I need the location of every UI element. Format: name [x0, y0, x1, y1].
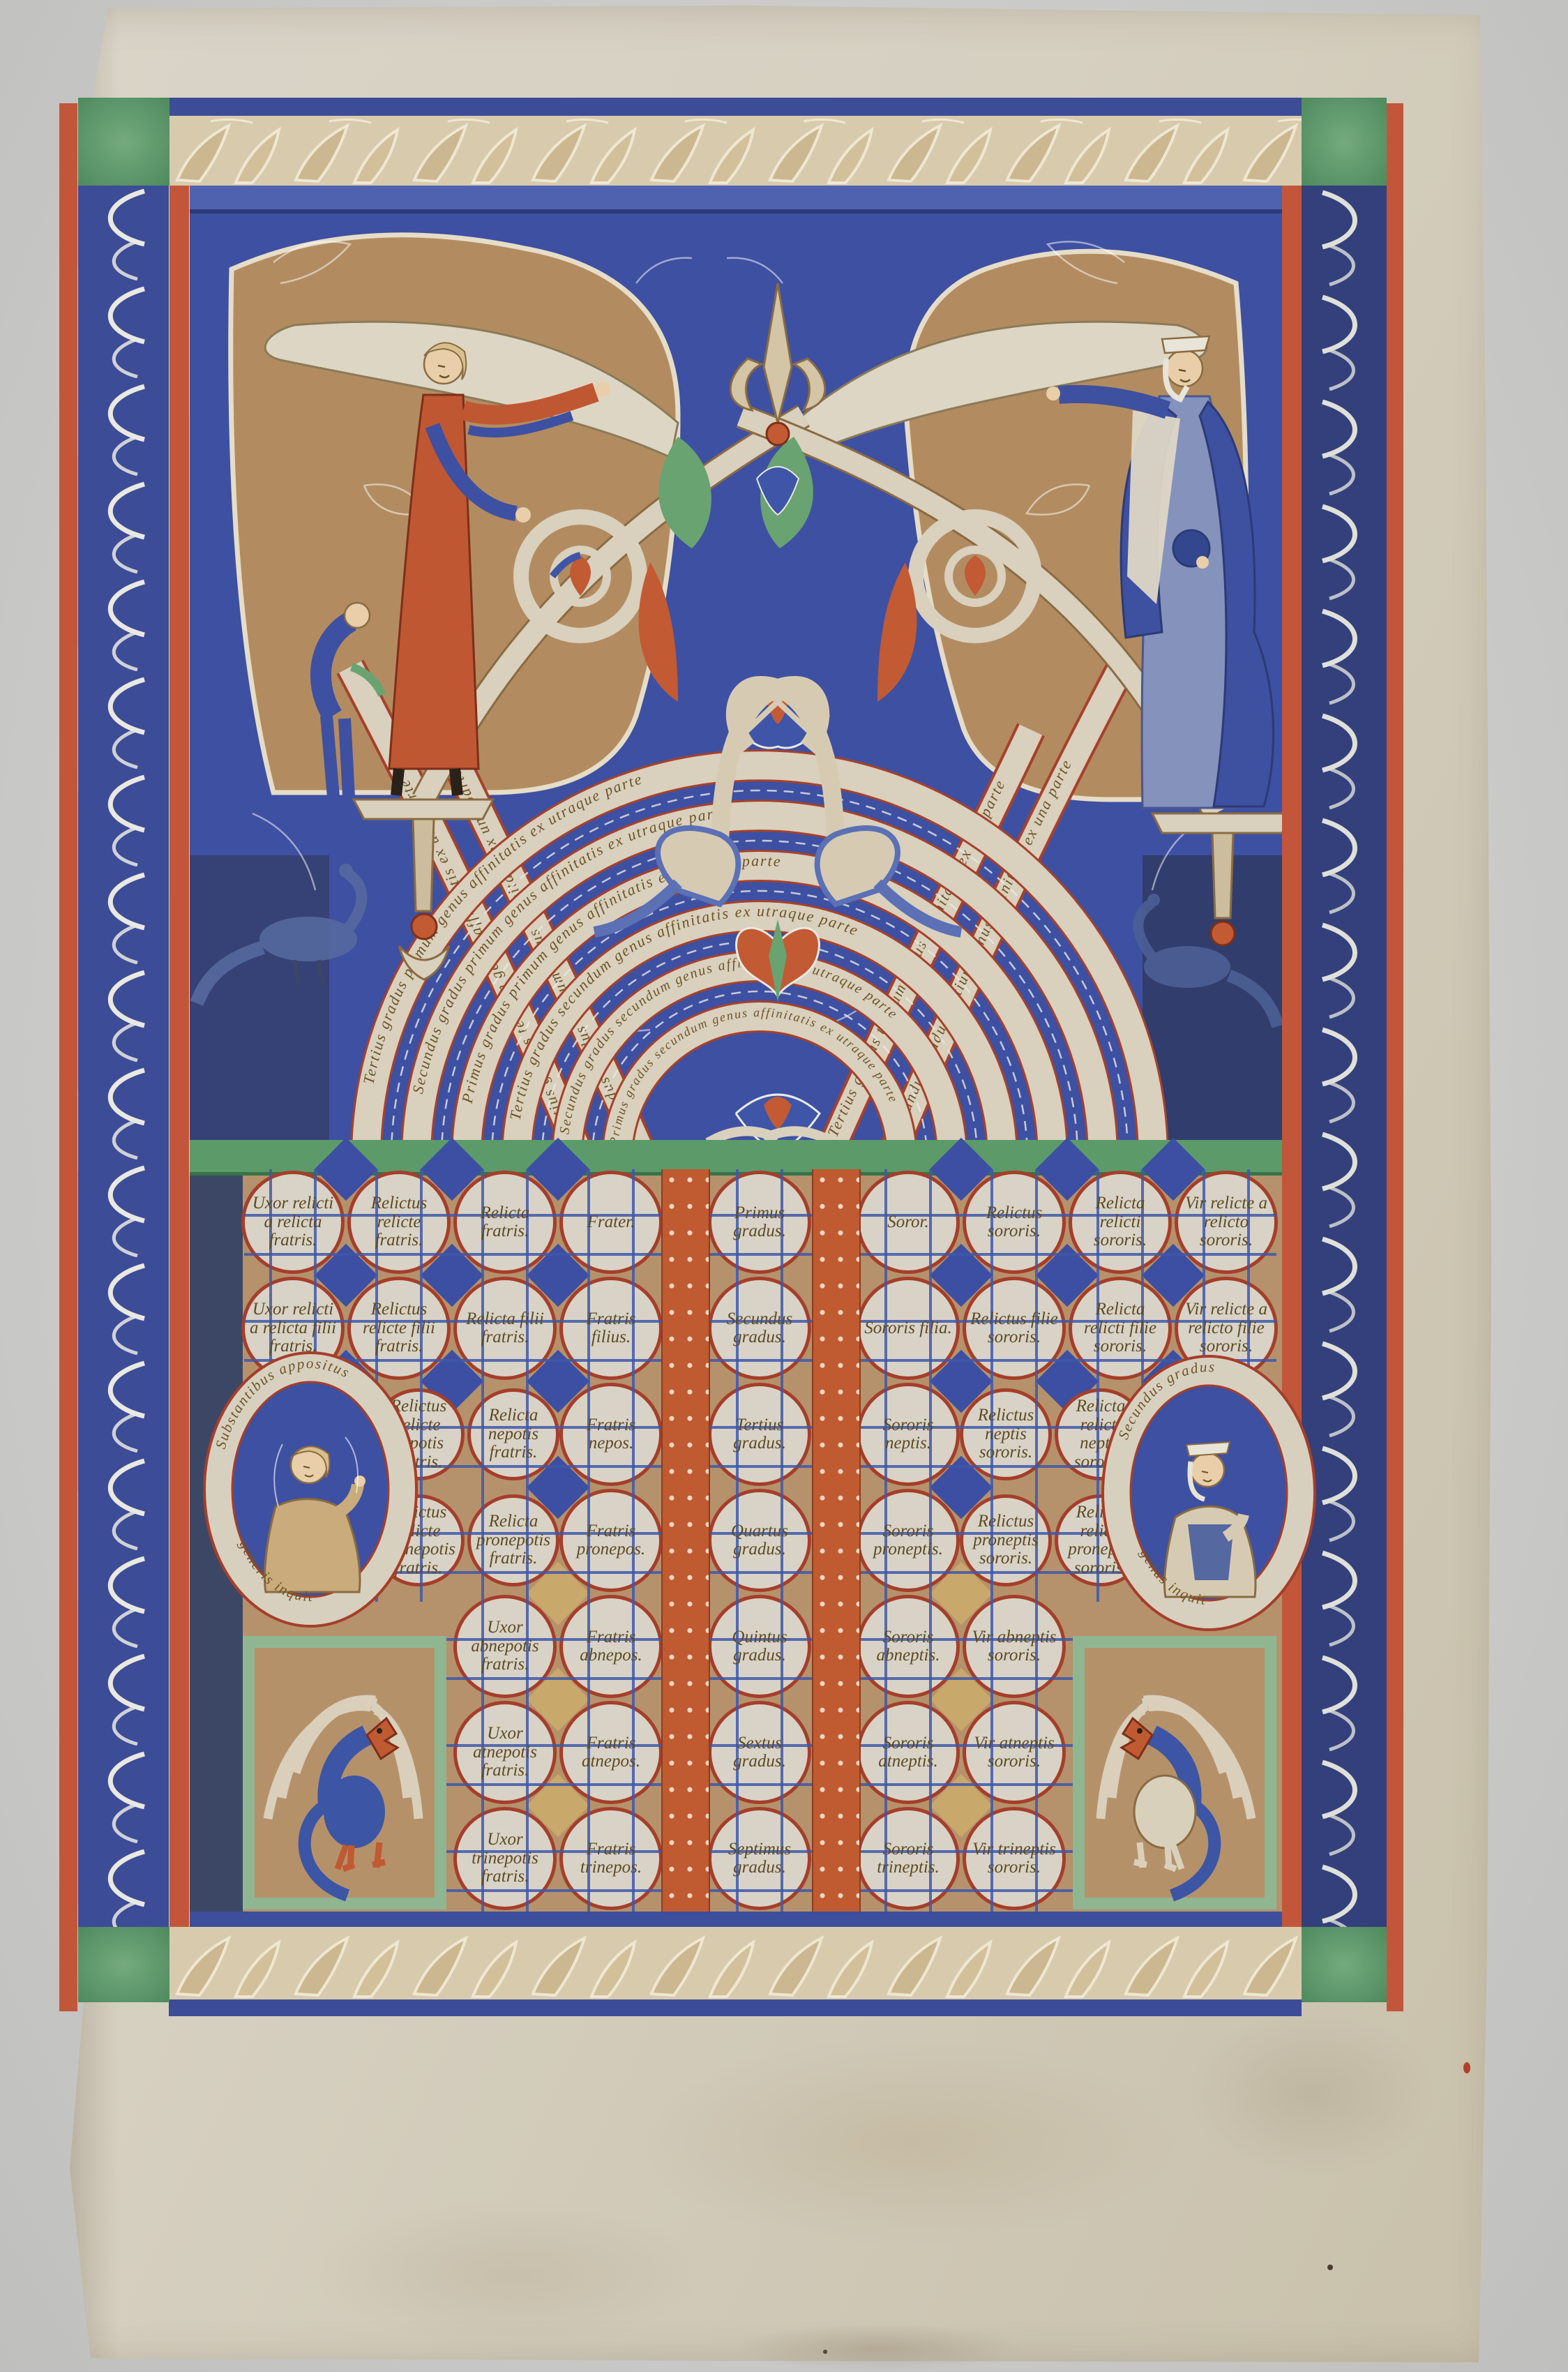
trunk-bar-right: [812, 1169, 861, 1912]
trunk-bar-left: [661, 1169, 710, 1912]
kinship-circle-label: Sextus gradus.: [714, 1701, 805, 1804]
kinship-circle-label: Relictus filie sororis.: [969, 1277, 1060, 1380]
kinship-circle-label: Relicta relicti sororis.: [1075, 1171, 1166, 1274]
kinship-circle-label: Fratris filius.: [566, 1277, 656, 1380]
medallion-right: Secundus gradus genus inquit: [1097, 1350, 1320, 1636]
kinship-circle-label: Vir relicte a relicto sororis.: [1181, 1171, 1272, 1274]
kinship-circle-label: Frater.: [566, 1171, 656, 1274]
kinship-circle-label: Vir abneptis sororis.: [969, 1595, 1060, 1698]
affinity-grid: Uxor relicti a relicta fratris.Relictus …: [0, 0, 1568, 2372]
kinship-circle-label: Uxor trinepotis fratris.: [460, 1807, 550, 1910]
kinship-circle-label: Uxor atnepotis fratris.: [460, 1701, 550, 1804]
kinship-circle-label: Relictus proneptis sororis.: [966, 1494, 1046, 1586]
dragon-square-right: [1073, 1636, 1276, 1909]
kinship-circle-label: Secundus gradus.: [714, 1277, 805, 1380]
kinship-circle-label: Uxor abnepotis fratris.: [460, 1595, 550, 1698]
kinship-circle-label: Relicta nepotis fratris.: [474, 1388, 553, 1480]
kinship-circle-label: Relicta fratris.: [460, 1171, 550, 1274]
kinship-circle-label: Relictus sororis.: [969, 1171, 1060, 1274]
kinship-circle-label: Relicta pronepotis fratris.: [474, 1494, 553, 1586]
kinship-circle-label: Vir trineptis sororis.: [969, 1807, 1060, 1910]
manuscript-photo: Tertius gradus tertium genus affinitatis…: [0, 0, 1568, 2372]
kinship-circle-label: Sororis atneptis.: [863, 1701, 953, 1804]
medallion-left: Substantibus appositus generis inquit: [199, 1346, 422, 1632]
kinship-circle-label: Fratris nepos.: [566, 1383, 656, 1486]
kinship-circle-label: Relictus relicte fratris.: [354, 1171, 444, 1274]
kinship-circle-label: Sororis trineptis.: [863, 1807, 953, 1910]
kinship-circle-label: Tertius gradus.: [714, 1383, 805, 1486]
dragon-square-left: [243, 1636, 446, 1909]
kinship-circle-label: Relictus neptis sororis.: [966, 1388, 1046, 1480]
kinship-circle-label: Soror.: [863, 1171, 953, 1274]
kinship-circle-label: Fratris abnepos.: [566, 1595, 656, 1698]
kinship-circle-label: Fratris trinepos.: [566, 1807, 656, 1910]
kinship-circle-label: Sororis filia.: [863, 1277, 953, 1380]
kinship-circle-label: Fratris atnepos.: [566, 1701, 656, 1804]
kinship-circle-label: Relicta filii fratris.: [460, 1277, 550, 1380]
kinship-circle-label: Sororis proneptis.: [863, 1489, 953, 1592]
kinship-circle-label: Quartus gradus.: [714, 1489, 805, 1592]
kinship-circle-label: Primus gradus.: [714, 1171, 805, 1274]
kinship-circle-label: Fratris pronepos.: [566, 1489, 656, 1592]
kinship-circle-label: Vir atneptis sororis.: [969, 1701, 1060, 1804]
kinship-circle-label: Sororis abneptis.: [863, 1595, 953, 1698]
kinship-circle-label: Quintus gradus.: [714, 1595, 805, 1698]
kinship-circle-label: Septimus gradus.: [714, 1807, 805, 1910]
kinship-circle-label: Uxor relicti a relicta fratris.: [248, 1171, 338, 1274]
kinship-circle-label: Sororis neptis.: [863, 1383, 953, 1486]
